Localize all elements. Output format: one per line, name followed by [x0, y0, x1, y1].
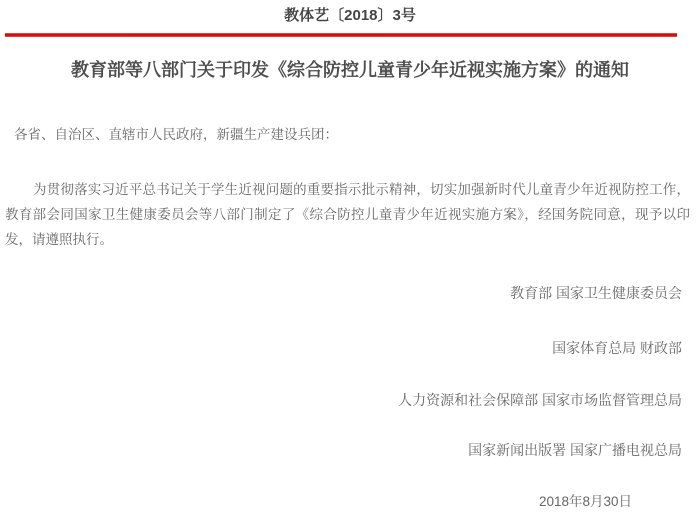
signature-line-2: 国家体育总局 财政部 [0, 338, 700, 358]
signature-line-1: 教育部 国家卫生健康委员会 [0, 283, 700, 303]
doc-number: 教体艺〔2018〕3号 [0, 0, 700, 26]
issue-date: 2018年8月30日 [0, 492, 700, 512]
red-divider [5, 33, 677, 37]
signature-line-3: 人力资源和社会保障部 国家市场监督管理总局 [0, 390, 700, 410]
body-line-2: 教育部会同国家卫生健康委员会等八部门制定了《综合防控儿童青少年近视实施方案》，经… [5, 202, 690, 227]
body-paragraph: 为贯彻落实习近平总书记关于学生近视问题的重要指示批示精神，切实加强新时代儿童青少… [5, 177, 690, 252]
body-line-3: 发，请遵照执行。 [5, 227, 690, 252]
body-line-1: 为贯彻落实习近平总书记关于学生近视问题的重要指示批示精神，切实加强新时代儿童青少… [5, 177, 690, 202]
document-title: 教育部等八部门关于印发《综合防控儿童青少年近视实施方案》的通知 [0, 59, 700, 81]
notice-document: 教体艺〔2018〕3号 教育部等八部门关于印发《综合防控儿童青少年近视实施方案》… [0, 0, 700, 520]
signature-line-4: 国家新闻出版署 国家广播电视总局 [0, 440, 700, 460]
signature-block: 教育部 国家卫生健康委员会 国家体育总局 财政部 人力资源和社会保障部 国家市场… [0, 283, 700, 460]
salutation-line: 各省、自治区、直辖市人民政府，新疆生产建设兵团： [0, 125, 700, 145]
